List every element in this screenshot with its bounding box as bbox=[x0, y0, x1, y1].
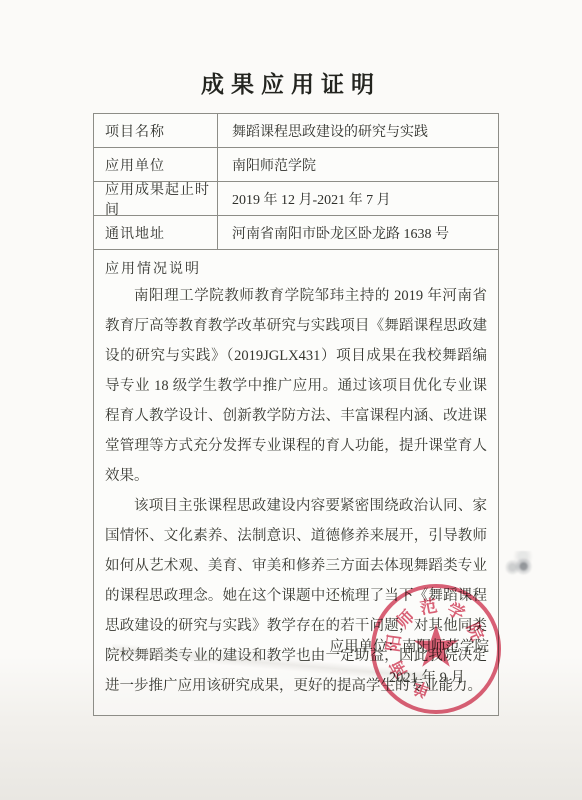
scanned-document-page: 成果应用证明 项目名称 舞蹈课程思政建设的研究与实践 应用单位 南阳师范学院 应… bbox=[0, 0, 582, 800]
table-row: 应用单位 南阳师范学院 bbox=[94, 148, 498, 182]
seal-character: 阳 bbox=[379, 630, 404, 655]
row-label-application-period: 应用成果起止时间 bbox=[94, 182, 218, 215]
table-row: 项目名称 舞蹈课程思政建设的研究与实践 bbox=[94, 114, 498, 148]
official-seal-stamp: ★ 南阳师范学院单 bbox=[371, 584, 501, 714]
row-value-mailing-address: 河南省南阳市卧龙区卧龙路 1638 号 bbox=[218, 216, 498, 249]
row-value-application-unit: 南阳师范学院 bbox=[218, 148, 498, 181]
seal-bottom-character: 单 bbox=[407, 677, 435, 705]
section-label: 应用情况说明 bbox=[105, 258, 487, 278]
row-value-application-period: 2019 年 12 月-2021 年 7 月 bbox=[218, 182, 498, 215]
row-label-mailing-address: 通讯地址 bbox=[94, 216, 218, 249]
table-row: 应用成果起止时间 2019 年 12 月-2021 年 7 月 bbox=[94, 182, 498, 216]
seal-character: 范 bbox=[415, 592, 440, 617]
row-value-project-name: 舞蹈课程思政建设的研究与实践 bbox=[218, 114, 498, 147]
ink-smudge-artifact bbox=[505, 551, 535, 579]
document-title: 成果应用证明 bbox=[0, 66, 582, 99]
row-label-project-name: 项目名称 bbox=[94, 114, 218, 147]
star-icon: ★ bbox=[410, 618, 462, 676]
seal-character: 院 bbox=[463, 616, 492, 645]
row-label-application-unit: 应用单位 bbox=[94, 148, 218, 181]
table-row: 通讯地址 河南省南阳市卧龙区卧龙路 1638 号 bbox=[94, 216, 498, 250]
application-paragraph-1: 南阳理工学院教师教育学院邹玮主持的 2019 年河南省教育厅高等教育教学改革研究… bbox=[105, 281, 487, 491]
seal-character: 南 bbox=[381, 655, 411, 685]
